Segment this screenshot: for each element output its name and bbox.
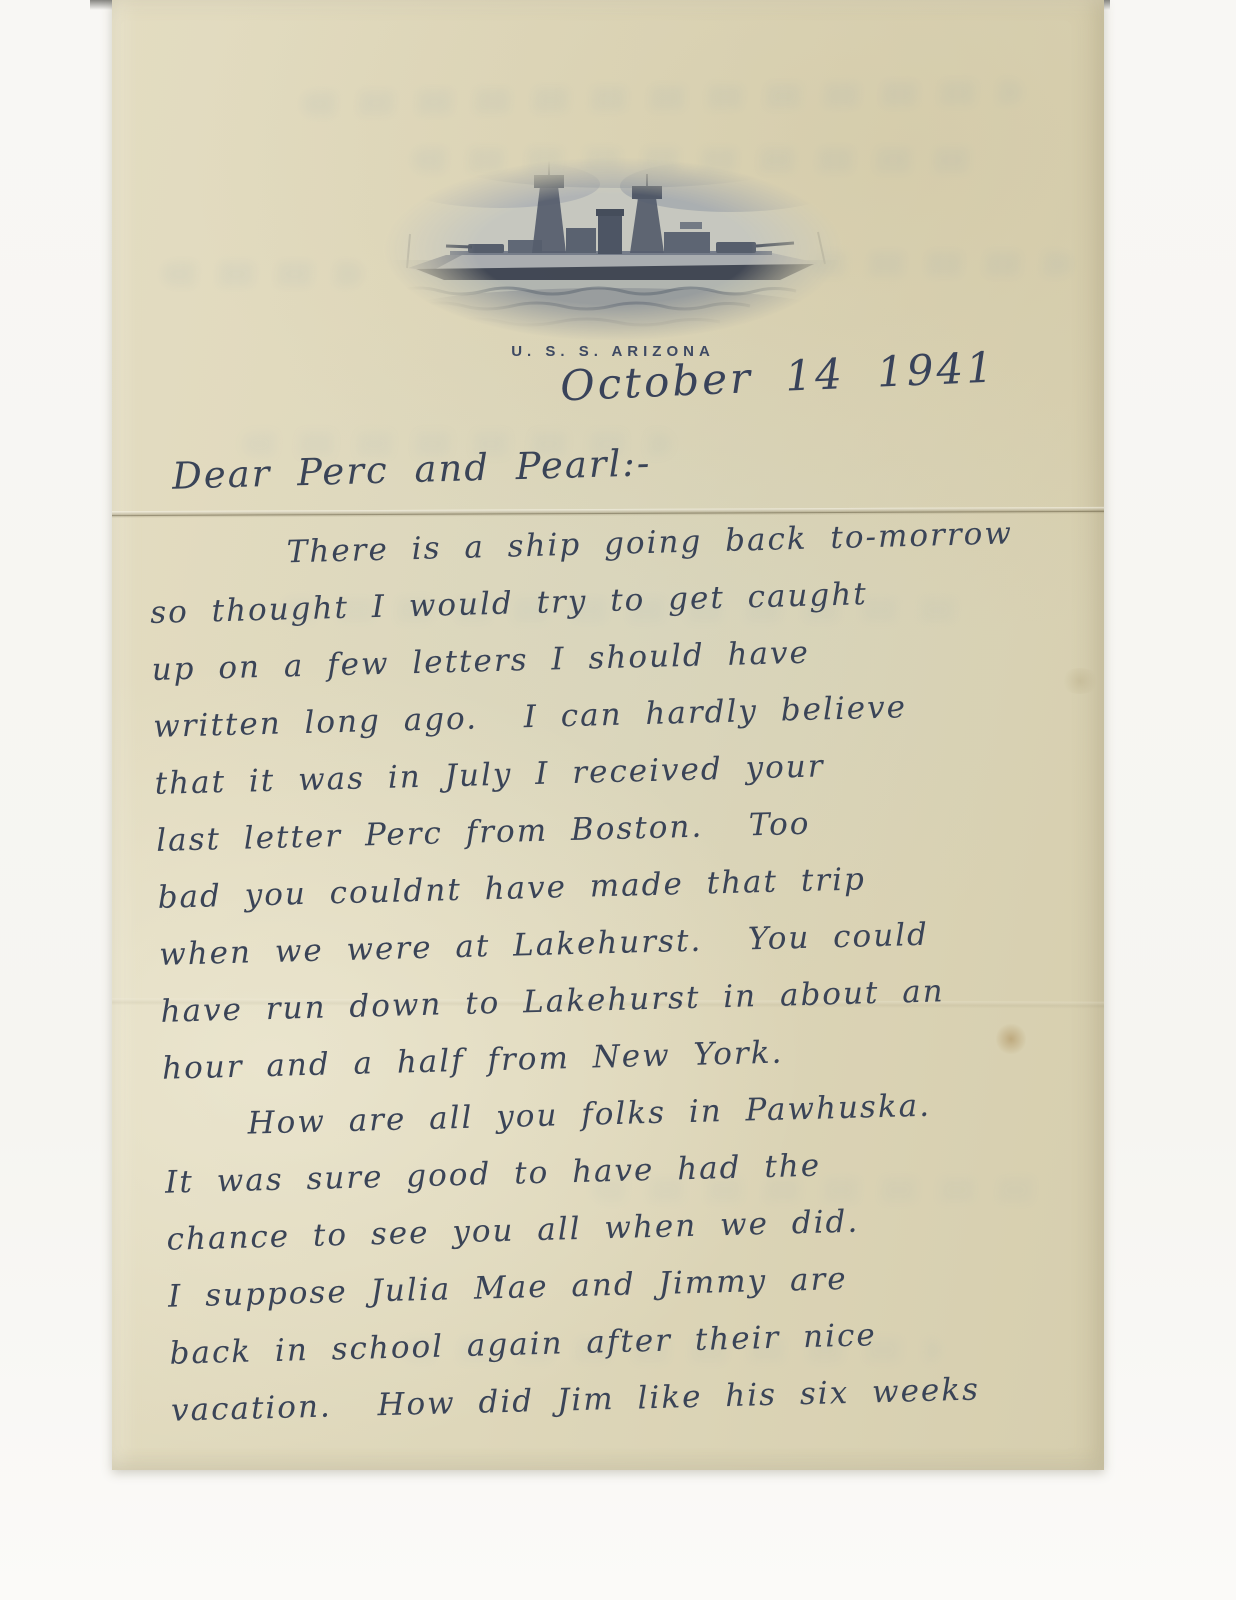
showthrough-smudge (812, 252, 1072, 276)
showthrough-smudge (302, 80, 1022, 117)
scanned-letter-page: U. S. S. ARIZONA October 14 1941 Dear Pe… (0, 0, 1236, 1600)
paper-stain (1060, 668, 1100, 694)
paper-stain (996, 1022, 1026, 1056)
battleship-vignette (380, 156, 846, 342)
letter-paper: U. S. S. ARIZONA October 14 1941 Dear Pe… (112, 0, 1104, 1470)
letter-body: There is a ship going back to-morrow so … (148, 503, 1122, 1440)
showthrough-smudge (162, 262, 362, 286)
